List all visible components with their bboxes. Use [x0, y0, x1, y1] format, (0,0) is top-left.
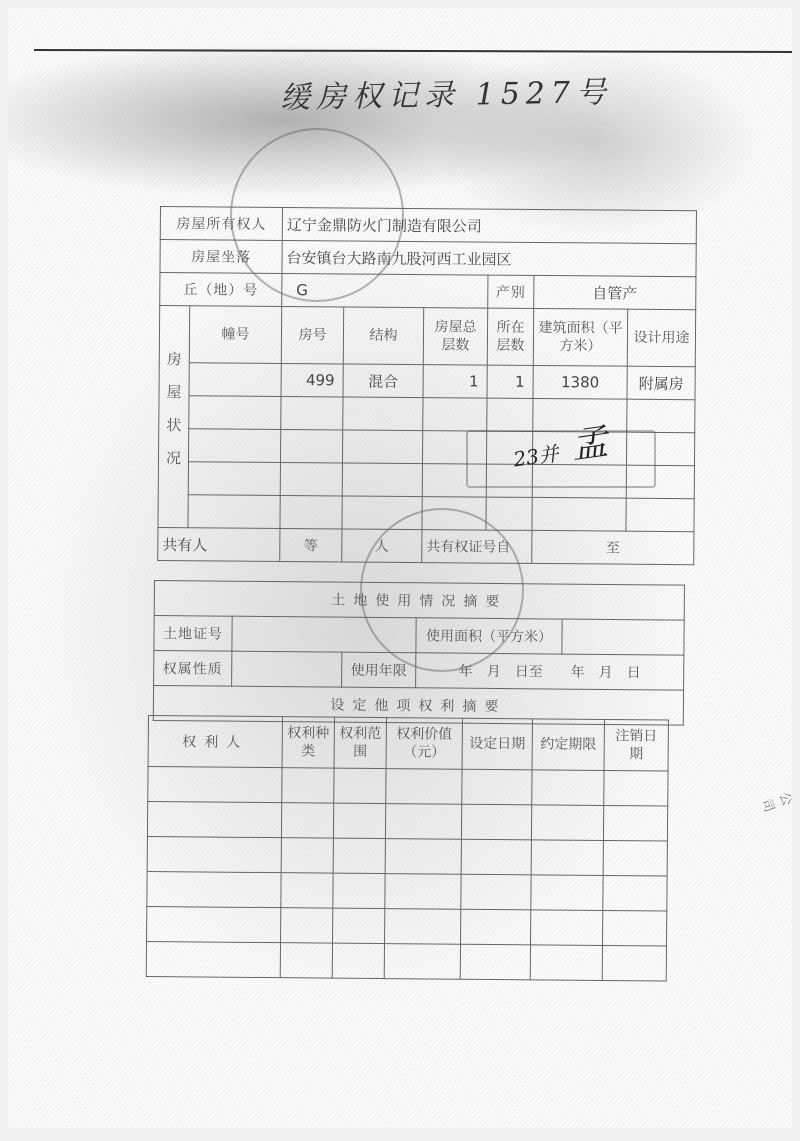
cell-total-floors: 1 [423, 365, 487, 399]
co-owner-cert-label: 共有权证号自 [426, 539, 510, 556]
co-owner-cert-to: 至 [606, 541, 620, 557]
cell [280, 429, 342, 462]
cell [282, 768, 334, 803]
cell [603, 910, 667, 946]
col-rights-type: 权利种类 [282, 717, 334, 768]
cell [461, 804, 531, 840]
co-owner-count-suffix: 人 [375, 539, 389, 555]
co-owner-count: 等 [280, 528, 342, 561]
house-status-label: 房屋状况 [158, 306, 190, 528]
property-type-label: 产别 [488, 275, 534, 308]
cell [332, 943, 384, 978]
top-rule [34, 49, 792, 53]
cell [280, 943, 332, 978]
col-total-floors: 房屋总层数 [423, 308, 487, 366]
land-cert-row: 土地证号 使用面积（平方米） [154, 616, 684, 656]
col-floor: 所在层数 [487, 308, 533, 365]
cell [148, 767, 282, 803]
term-value: 年 月 日至 年 月 日 [416, 653, 684, 690]
cell [626, 498, 694, 532]
col-rights-holder: 权利人 [148, 716, 282, 768]
ownership-table: 房屋所有权人 辽宁金鼎防火门制造有限公司 房屋坐落 台安镇台大路南九股河西工业园… [157, 206, 697, 565]
co-owner-row: 共有人 等 人 共有权证号自 至 [158, 527, 694, 564]
cell [531, 875, 603, 911]
location-label: 房屋坐落 [160, 240, 282, 274]
house-row [158, 494, 694, 531]
other-rights-row [146, 941, 666, 981]
cell [281, 803, 333, 838]
cell [342, 496, 422, 530]
cell [280, 495, 342, 528]
cell [385, 909, 461, 945]
land-cert-value [232, 616, 416, 653]
col-design-use: 设计用途 [627, 309, 695, 367]
cell [188, 429, 280, 463]
cell [334, 768, 386, 803]
nature-label: 权属性质 [154, 651, 232, 687]
nature-value [232, 651, 342, 687]
cell [532, 770, 604, 806]
cell [602, 945, 666, 981]
other-rights-header-row: 权利人 权利种类 权利范围 权利价值（元） 设定日期 约定期限 注销日期 [148, 716, 668, 772]
cell [461, 909, 531, 945]
handwritten-title: 缓房权记录 1527号 [280, 67, 613, 117]
cell [603, 805, 667, 841]
cell [384, 944, 460, 980]
cell [147, 906, 281, 942]
cell [422, 497, 486, 531]
col-cancel-date: 注销日期 [604, 719, 668, 771]
cell [333, 908, 385, 943]
co-owner-cert-cell: 共有权证号自 [422, 530, 532, 564]
other-rights-row [148, 767, 668, 807]
co-owner-cert-to-cell: 至 [532, 530, 694, 564]
land-use-table: 土地使用情况摘要 土地证号 使用面积（平方米） 权属性质 使用年限 年 月 日至… [153, 580, 685, 726]
cell-room-no: 499 [281, 363, 343, 396]
other-rights-form: 权利人 权利种类 权利范围 权利价值（元） 设定日期 约定期限 注销日期 [146, 715, 668, 982]
cell [462, 769, 532, 805]
cell [627, 399, 695, 433]
cell [281, 838, 333, 873]
property-type-value: 自管产 [534, 275, 696, 309]
cell [461, 874, 531, 910]
cell [342, 430, 422, 464]
cell [333, 838, 385, 873]
other-rights-row [147, 906, 667, 946]
land-use-section-title: 土地使用情况摘要 [154, 581, 684, 621]
use-area-value [562, 619, 684, 655]
cell [603, 840, 667, 876]
cell [386, 769, 462, 805]
cell [461, 839, 531, 875]
cell [532, 497, 626, 531]
co-owner-label: 共有人 [158, 527, 280, 561]
house-row [159, 395, 695, 432]
lot-label: 丘（地）号 [160, 273, 282, 307]
term-label: 使用年限 [342, 652, 416, 688]
cell [333, 873, 385, 908]
owner-label: 房屋所有权人 [160, 207, 282, 241]
cell [189, 363, 281, 397]
col-rights-value: 权利价值（元） [386, 718, 462, 770]
cell-design-use: 附属房 [627, 366, 695, 400]
other-rights-row [147, 871, 667, 911]
house-status-header-row: 房屋状况 幢号 房号 结构 房屋总层数 所在层数 建筑面积（平方米） 设计用途 [159, 306, 695, 367]
side-mark: 公司 [758, 789, 792, 825]
cell [531, 840, 603, 876]
cell [343, 397, 423, 431]
cell [531, 910, 603, 946]
signature-name: 孟 [569, 422, 610, 468]
cell [486, 497, 532, 530]
house-row: 499 混合 1 1 1380 附属房 [159, 362, 695, 399]
cell [281, 908, 333, 943]
col-rights-scope: 权利范围 [334, 717, 386, 768]
cell [530, 945, 602, 981]
property-ownership-form: 房屋所有权人 辽宁金鼎防火门制造有限公司 房屋坐落 台安镇台大路南九股河西工业园… [157, 206, 696, 565]
col-building-area: 建筑面积（平方米） [533, 308, 627, 366]
other-rights-table: 权利人 权利种类 权利范围 权利价值（元） 设定日期 约定期限 注销日期 [146, 715, 669, 982]
col-building-no: 幢号 [189, 306, 281, 364]
other-rights-row [147, 836, 667, 876]
nature-row: 权属性质 使用年限 年 月 日至 年 月 日 [154, 651, 684, 691]
use-area-label: 使用面积（平方米） [416, 618, 562, 654]
cell [146, 941, 280, 977]
cell [385, 839, 461, 875]
land-cert-label: 土地证号 [154, 616, 232, 652]
cell [189, 396, 281, 430]
cell [281, 396, 343, 429]
cell [188, 462, 280, 496]
cell [603, 875, 667, 911]
cell-building-area: 1380 [533, 365, 627, 399]
col-structure: 结构 [343, 307, 423, 365]
location-value: 台安镇台大路南九股河西工业园区 [282, 240, 696, 276]
cell-structure: 混合 [343, 364, 423, 398]
col-agreed-term: 约定期限 [532, 719, 604, 771]
cell [147, 871, 281, 907]
col-set-date: 设定日期 [462, 718, 532, 770]
cell [147, 836, 281, 872]
co-owner-label-text: 共有人 [162, 536, 207, 554]
cell [385, 874, 461, 910]
cell-floor: 1 [487, 365, 533, 398]
cell [147, 802, 281, 838]
cell [281, 873, 333, 908]
land-use-form: 土地使用情况摘要 土地证号 使用面积（平方米） 权属性质 使用年限 年 月 日至… [153, 580, 684, 726]
lot-value: G [282, 273, 488, 308]
co-owner-count-suffix-cell: 人 [342, 529, 422, 563]
cell [604, 770, 668, 806]
co-owner-count-prefix: 等 [304, 538, 318, 554]
owner-row: 房屋所有权人 辽宁金鼎防火门制造有限公司 [160, 207, 696, 244]
cell [333, 803, 385, 838]
lot-row: 丘（地）号 G 产别 自管产 [160, 273, 696, 310]
cell [423, 398, 487, 432]
owner-value: 辽宁金鼎防火门制造有限公司 [282, 207, 696, 243]
cell [385, 804, 461, 840]
col-room-no: 房号 [281, 306, 343, 363]
cell [342, 463, 422, 497]
cell [460, 944, 530, 980]
other-rights-row [147, 802, 667, 842]
land-use-title-row: 土地使用情况摘要 [154, 581, 684, 621]
cell [531, 805, 603, 841]
cell [188, 495, 280, 529]
signature-initials: 23并 [512, 441, 560, 471]
location-row: 房屋坐落 台安镇台大路南九股河西工业园区 [160, 240, 696, 277]
cell [280, 462, 342, 495]
